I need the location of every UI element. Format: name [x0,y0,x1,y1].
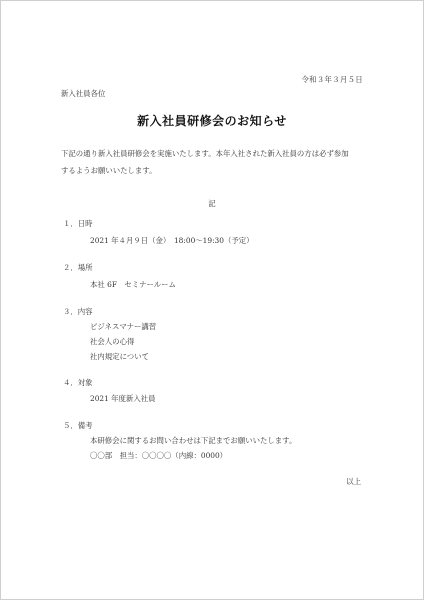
item-detail-content-1: ビジネスマナー講習 [90,323,156,330]
item-detail-datetime: 2021 年４月９日（金） 18:00～19:30（予定） [90,237,254,244]
body-text-line-2: するようお願いいたします。 [61,167,157,174]
item-heading-datetime: １．日時 [63,220,93,227]
item-heading-target: ４．対象 [63,379,93,386]
item-detail-notes-2: 〇〇部 担当：〇〇〇〇（内線：0000） [90,452,227,459]
closing-ijou: 以上 [346,478,361,485]
item-heading-notes: ５．備考 [63,422,93,429]
document-page: 令和３年３月５日 新入社員各位 新入社員研修会のお知らせ 下記の通り新入社員研修… [0,0,424,600]
item-detail-content-2: 社会人の心得 [90,338,134,345]
body-text-line-1: 下記の通り新入社員研修会を実施いたします。本年入社された新入社員の方は必ず参加 [61,150,349,157]
item-detail-notes-1: 本研修会に関するお問い合わせは下記までお願いいたします。 [90,437,296,444]
item-heading-content: ３．内容 [63,308,93,315]
recipient-line: 新入社員各位 [61,90,105,97]
document-date: 令和３年３月５日 [301,76,363,83]
ki-heading: 記 [1,200,423,207]
item-detail-location: 本社 6F セミナールーム [90,281,176,288]
item-detail-content-3: 社内規定について [90,353,149,360]
item-detail-target: 2021 年度新入社員 [90,395,156,402]
item-heading-location: ２．場所 [63,264,93,271]
document-title: 新入社員研修会のお知らせ [1,115,423,127]
